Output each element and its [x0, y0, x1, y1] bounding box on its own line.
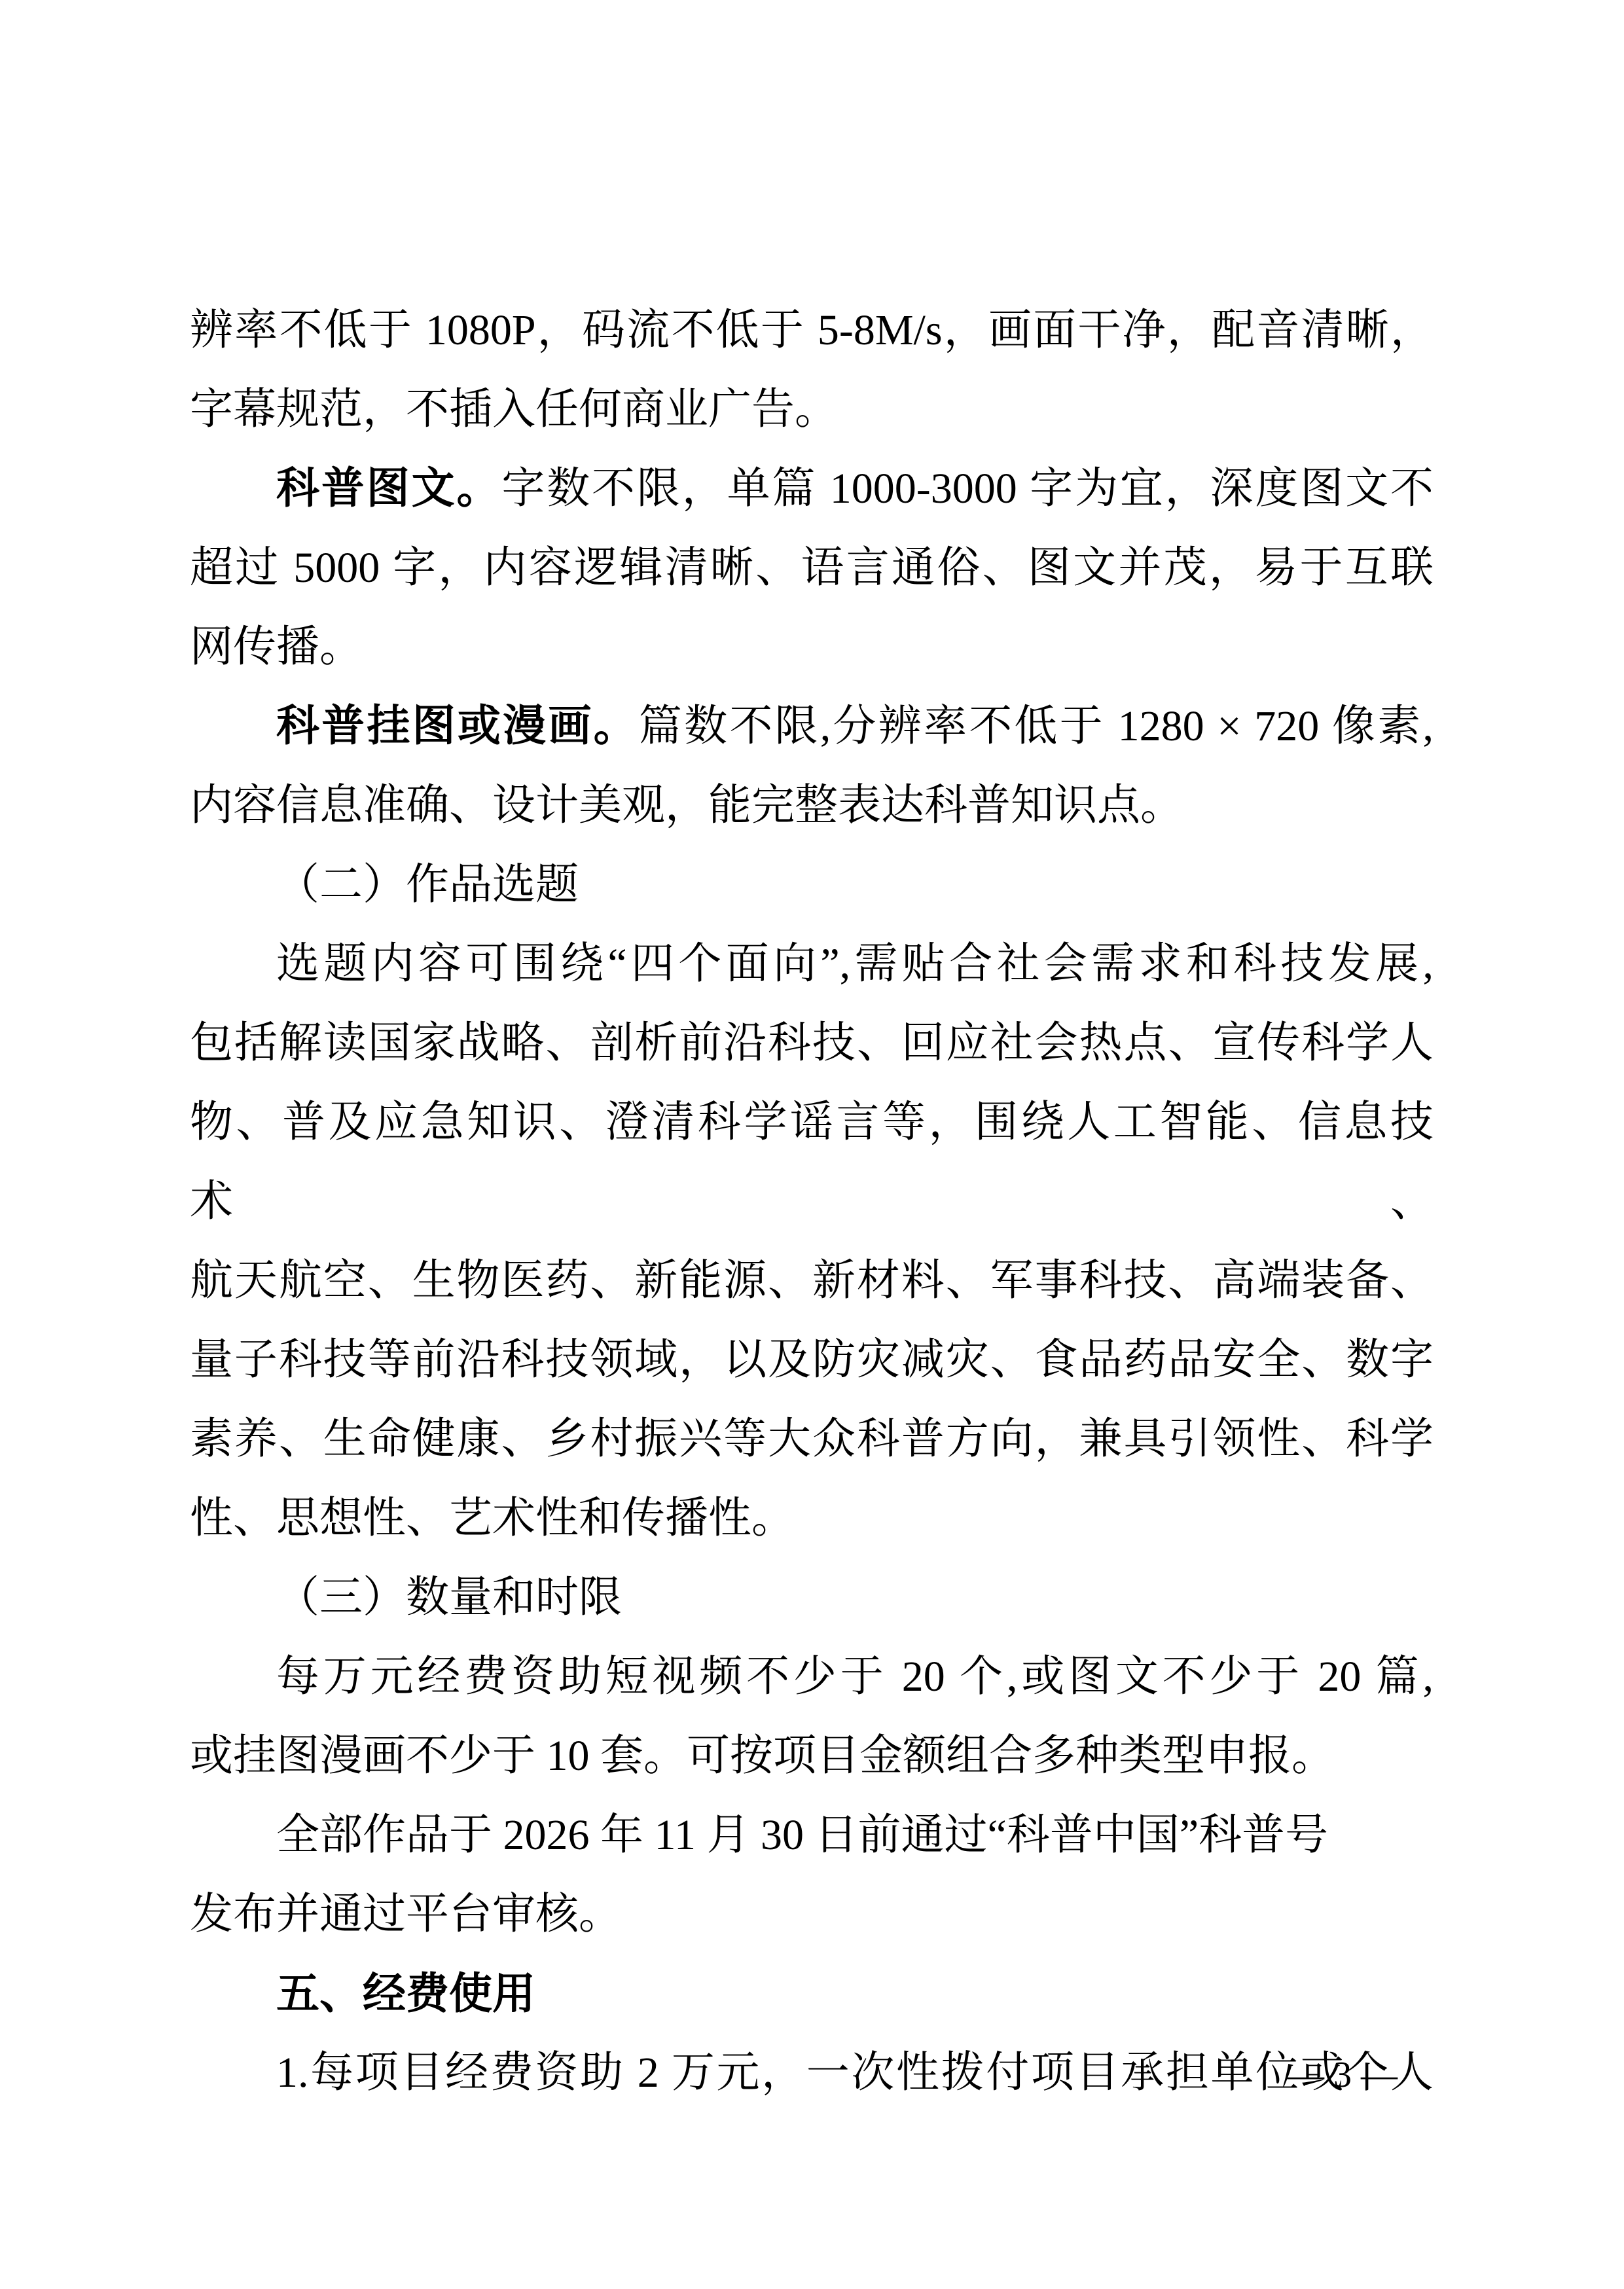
text-segment: 1.每项目经费资助 2 万元，一次性拨付项目承担单位或个人	[276, 2049, 1434, 2097]
text-line: 辨率不低于 1080P，码流不低于 5-8M/s，画面干净，配音清晰，	[190, 291, 1434, 370]
text-line: 素养、生命健康、乡村振兴等大众科普方向，兼具引领性、科学	[190, 1399, 1434, 1479]
text-line: 超过 5000 字，内容逻辑清晰、语言通俗、图文并茂，易于互联	[190, 528, 1434, 607]
text-segment: 字幕规范，不插入任何商业广告。	[190, 386, 838, 433]
text-line: 性、思想性、艺术性和传播性。	[190, 1479, 1434, 1558]
text-segment: 字数不限，单篇 1000-3000 字为宜，深度图文不	[501, 465, 1434, 513]
text-segment: 物、普及应急知识、澄清科学谣言等，围绕人工智能、信息技术、	[190, 1098, 1434, 1225]
text-line: 1.每项目经费资助 2 万元，一次性拨付项目承担单位或个人	[190, 2033, 1434, 2112]
text-line: 网传播。	[190, 607, 1434, 687]
text-segment: 全部作品于 2026 年 11 月 30 日前通过“科普中国”科普号	[276, 1811, 1328, 1859]
bold-run-in-label: 五、经费使用	[276, 1969, 535, 2017]
text-segment: 超过 5000 字，内容逻辑清晰、语言通俗、图文并茂，易于互联	[190, 544, 1434, 592]
text-line: 全部作品于 2026 年 11 月 30 日前通过“科普中国”科普号	[190, 1795, 1434, 1875]
text-segment: 选题内容可围绕“四个面向”,需贴合社会需求和科技发展,	[276, 940, 1434, 988]
text-line: （三）数量和时限	[190, 1558, 1434, 1637]
text-line: 字幕规范，不插入任何商业广告。	[190, 370, 1434, 449]
text-segment: 辨率不低于 1080P，码流不低于 5-8M/s，画面干净，配音清晰，	[190, 306, 1434, 354]
bold-run-in-label: 科普挂图或漫画。	[276, 702, 639, 750]
text-segment: （二）作品选题	[276, 861, 579, 909]
text-segment: 包括解读国家战略、剖析前沿科技、回应社会热点、宣传科学人	[190, 1019, 1434, 1067]
text-segment: 或挂图漫画不少于 10 套。可按项目金额组合多种类型申报。	[190, 1732, 1335, 1780]
text-line: 量子科技等前沿科技领域，以及防灾减灾、食品药品安全、数字	[190, 1320, 1434, 1399]
text-segment: 素养、生命健康、乡村振兴等大众科普方向，兼具引领性、科学	[190, 1415, 1434, 1463]
text-line: 每万元经费资助短视频不少于 20 个,或图文不少于 20 篇,	[190, 1637, 1434, 1716]
page-number: — 3 —	[1288, 2054, 1398, 2096]
text-line: 航天航空、生物医药、新能源、新材料、军事科技、高端装备、	[190, 1241, 1434, 1320]
text-segment: 篇数不限,分辨率不低于 1280 × 720 像素,	[639, 702, 1434, 750]
text-segment: 网传播。	[190, 623, 363, 671]
text-segment: 每万元经费资助短视频不少于 20 个,或图文不少于 20 篇,	[276, 1653, 1434, 1701]
document-page: 辨率不低于 1080P，码流不低于 5-8M/s，画面干净，配音清晰，字幕规范，…	[0, 0, 1624, 2289]
text-line: （二）作品选题	[190, 845, 1434, 924]
text-segment: 航天航空、生物医药、新能源、新材料、军事科技、高端装备、	[190, 1257, 1434, 1305]
text-line: 科普图文。字数不限，单篇 1000-3000 字为宜，深度图文不	[190, 449, 1434, 528]
text-line: 内容信息准确、设计美观，能完整表达科普知识点。	[190, 766, 1434, 845]
text-line: 选题内容可围绕“四个面向”,需贴合社会需求和科技发展,	[190, 924, 1434, 1003]
text-line: 科普挂图或漫画。篇数不限,分辨率不低于 1280 × 720 像素,	[190, 687, 1434, 766]
text-segment: （三）数量和时限	[276, 1574, 622, 1621]
text-segment: 性、思想性、艺术性和传播性。	[190, 1494, 795, 1542]
text-line: 或挂图漫画不少于 10 套。可按项目金额组合多种类型申报。	[190, 1716, 1434, 1795]
text-segment: 发布并通过平台审核。	[190, 1890, 622, 1938]
text-line: 发布并通过平台审核。	[190, 1875, 1434, 1954]
text-line: 五、经费使用	[190, 1954, 1434, 2033]
document-body: 辨率不低于 1080P，码流不低于 5-8M/s，画面干净，配音清晰，字幕规范，…	[190, 291, 1434, 2112]
bold-run-in-label: 科普图文。	[276, 465, 501, 513]
text-segment: 量子科技等前沿科技领域，以及防灾减灾、食品药品安全、数字	[190, 1336, 1434, 1384]
text-line: 包括解读国家战略、剖析前沿科技、回应社会热点、宣传科学人	[190, 1003, 1434, 1083]
text-line: 物、普及应急知识、澄清科学谣言等，围绕人工智能、信息技术、	[190, 1083, 1434, 1241]
text-segment: 内容信息准确、设计美观，能完整表达科普知识点。	[190, 782, 1183, 829]
